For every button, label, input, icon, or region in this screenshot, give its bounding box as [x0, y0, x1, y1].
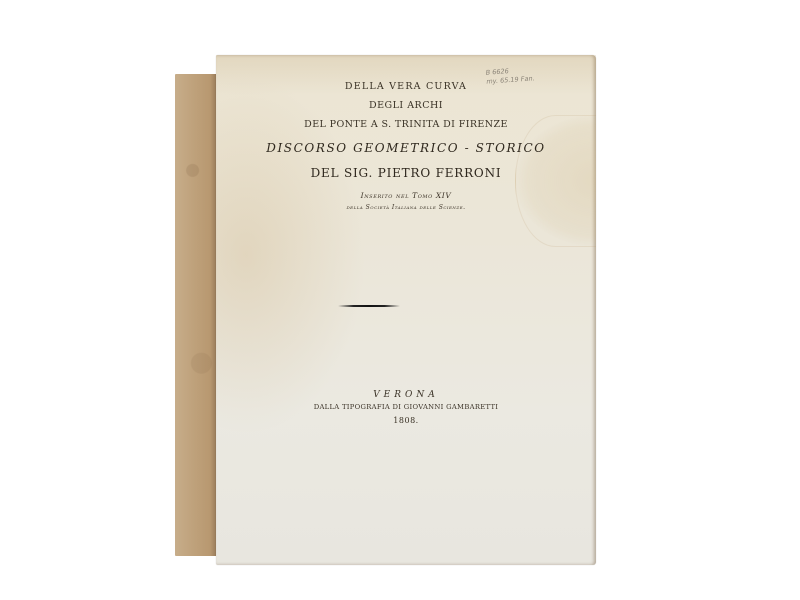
title-line-1: DELLA VERA CURVA	[216, 81, 596, 92]
book-spine	[175, 74, 219, 556]
inserted-note-2: della Società Italiana delle Scienze.	[216, 204, 596, 211]
subtitle: DISCORSO GEOMETRICO - STORICO	[216, 141, 596, 155]
water-stain-right	[515, 115, 596, 247]
imprint-year: 1808.	[216, 416, 596, 425]
author: DEL SIG. PIETRO FERRONI	[216, 166, 596, 180]
title-line-2: DEGLI ARCHI	[216, 100, 596, 111]
title-line-3: DEL PONTE A S. TRINITA DI FIRENZE	[216, 119, 596, 130]
imprint-printer: DALLA TIPOGRAFIA DI GIOVANNI GAMBARETTI	[216, 403, 596, 411]
inserted-note-1: Inserito nel Tomo XIV	[216, 191, 596, 200]
decorative-rule	[338, 305, 400, 307]
imprint-city: VERONA	[216, 390, 596, 400]
title-page: B 6626 my. 65.19 Fan. DELLA VERA CURVA D…	[216, 55, 596, 565]
